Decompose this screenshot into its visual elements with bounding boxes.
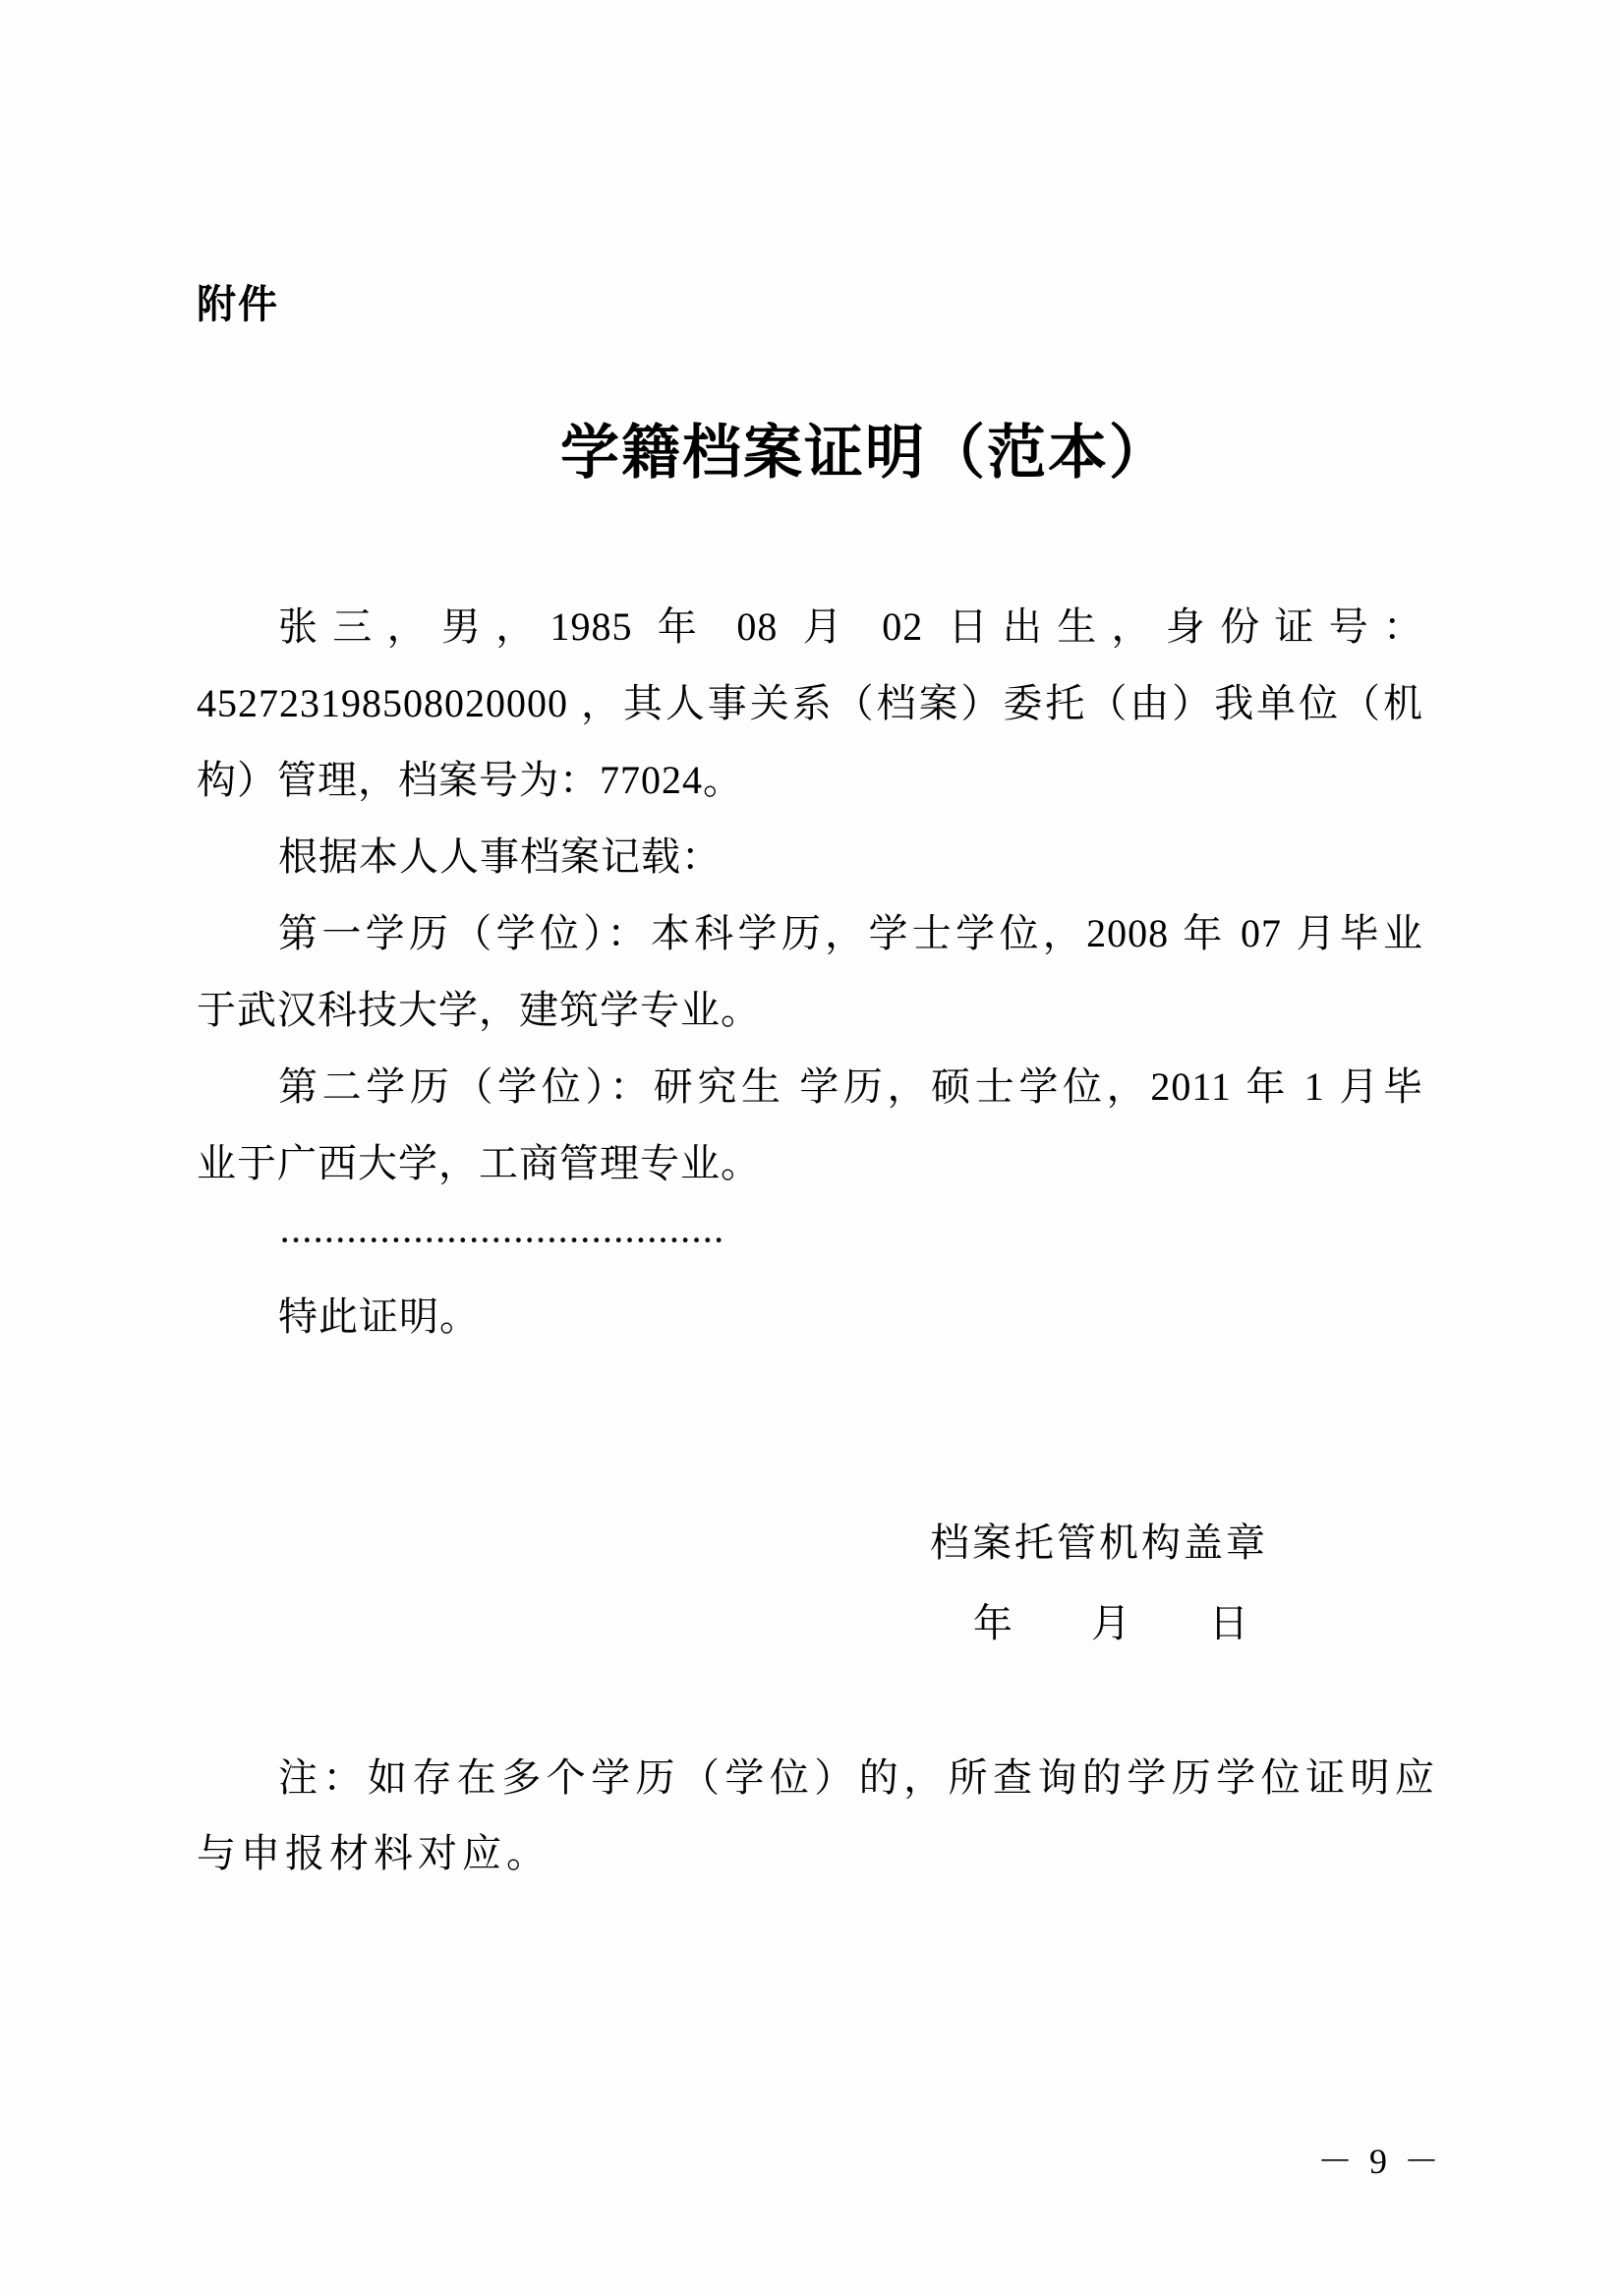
body-line-degree2-2: 业于广西大学，工商管理专业。 [197,1125,1423,1202]
attachment-label: 附件 [197,283,279,326]
page-number: － 9 － [1317,2141,1443,2183]
body-line-degree1-2: 于武汉科技大学，建筑学专业。 [197,972,1423,1049]
document-page: 附件 学籍档案证明（范本） 张三，男，1985 年 08 月 02 日出生，身份… [0,0,1620,2296]
note-block: 注：如存在多个学历（学位）的，所查询的学历学位证明应 与申报材料对应。 [197,1740,1435,1891]
date-line: 年 月 日 [973,1602,1248,1645]
body-line-degree2-1: 第二学历（学位）：研究生 学历，硕士学位，2011 年 1 月毕 [197,1049,1423,1125]
body-line-record: 根据本人人事档案记载： [197,819,1423,895]
note-line-2: 与申报材料对应。 [197,1815,1435,1891]
body-line-intro-2: 452723198508020000 ，其人事关系（档案）委托（由）我单位（机 [197,665,1423,742]
dotted-ellipsis-line: ········································ [197,1202,1423,1279]
note-line-1: 注：如存在多个学历（学位）的，所查询的学历学位证明应 [197,1740,1435,1815]
body-line-conclusion: 特此证明。 [197,1279,1423,1355]
document-body: 张三，男，1985 年 08 月 02 日出生，身份证号： 4527231985… [197,589,1423,1355]
body-line-degree1-1: 第一学历（学位）：本科学历，学士学位，2008 年 07 月毕业 [197,895,1423,972]
body-line-intro-3: 构）管理，档案号为：77024。 [197,742,1423,819]
document-title: 学籍档案证明（范本） [0,421,1620,486]
stamp-caption: 档案托管机构盖章 [930,1521,1268,1565]
body-line-intro-1: 张三，男，1985 年 08 月 02 日出生，身份证号： [197,589,1423,665]
